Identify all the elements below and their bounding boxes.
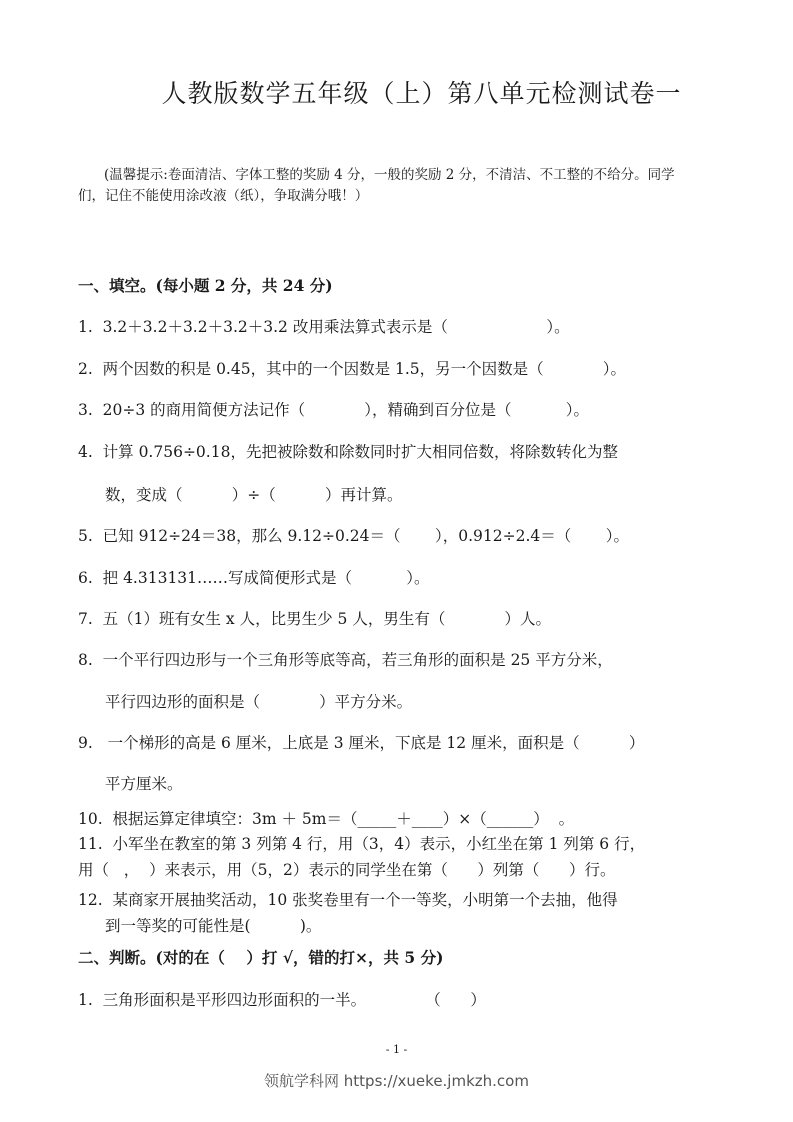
question-9: 9. 一个梯形的高是 6 厘米，上底是 3 厘米，下底是 12 厘米，面积是（ … [78,731,644,753]
question-7: 7. 五（1）班有女生 x 人，比男生少 5 人，男生有（ ）人。 [78,607,551,629]
question-12-cont: 到一等奖的可能性是( )。 [105,914,321,936]
question-9-cont: 平方厘米。 [105,772,183,794]
question-2: 2. 两个因数的积是 0.45，其中的一个因数是 1.5，另一个因数是（ ）。 [78,357,626,379]
footer-watermark: 领航学科网 https://xueke.jmkzh.com [0,1070,793,1091]
question-4: 4. 计算 0.756÷0.18，先把被除数和除数同时扩大相同倍数，将除数转化为… [78,440,618,462]
question-5: 5. 已知 912÷24＝38，那么 9.12÷0.24＝（ ），0.912÷2… [78,524,629,546]
section-1-heading: 一、填空。(每小题 2 分，共 24 分) [78,274,333,296]
question-8-cont: 平行四边形的面积是（ ）平方分米。 [105,690,412,712]
section-2-heading: 二、判断。(对的在（ ）打 √，错的打×，共 5 分) [78,946,443,968]
page-number: - 1 - [0,1043,793,1056]
question-8: 8. 一个平行四边形与一个三角形等底等高，若三角形的面积是 25 平方分米， [78,648,613,670]
question-11-cont: 用（ ， ）来表示，用（5，2）表示的同学坐在第（ ）列第（ ）行。 [78,858,615,880]
question-11: 11. 小军坐在教室的第 3 列第 4 行，用（3，4）表示，小红坐在第 1 列… [78,832,645,854]
judge-question-1: 1. 三角形面积是平形四边形面积的一半。 （ ） [78,988,486,1010]
question-4-cont: 数，变成（ ）÷（ ）再计算。 [105,483,403,505]
question-12: 12. 某商家开展抽奖活动，10 张奖卷里有一个一等奖，小明第一个去抽，他得 [78,888,618,910]
page-title: 人教版数学五年级（上）第八单元检测试卷一 [0,74,793,110]
question-1: 1. 3.2＋3.2＋3.2＋3.2＋3.2 改用乘法算式表示是（ ）。 [78,315,570,337]
question-10: 10. 根据运算定律填空：3m ＋ 5m＝（_____＋____）×（_____… [78,807,574,829]
question-6: 6. 把 4.313131……写成简便形式是（ ）。 [78,566,429,588]
question-3: 3. 20÷3 的商用简便方法记作（ ），精确到百分位是（ ）。 [78,398,589,420]
tip-line-2: 们，记住不能使用涂改液（纸），争取满分哦！） [78,184,368,204]
